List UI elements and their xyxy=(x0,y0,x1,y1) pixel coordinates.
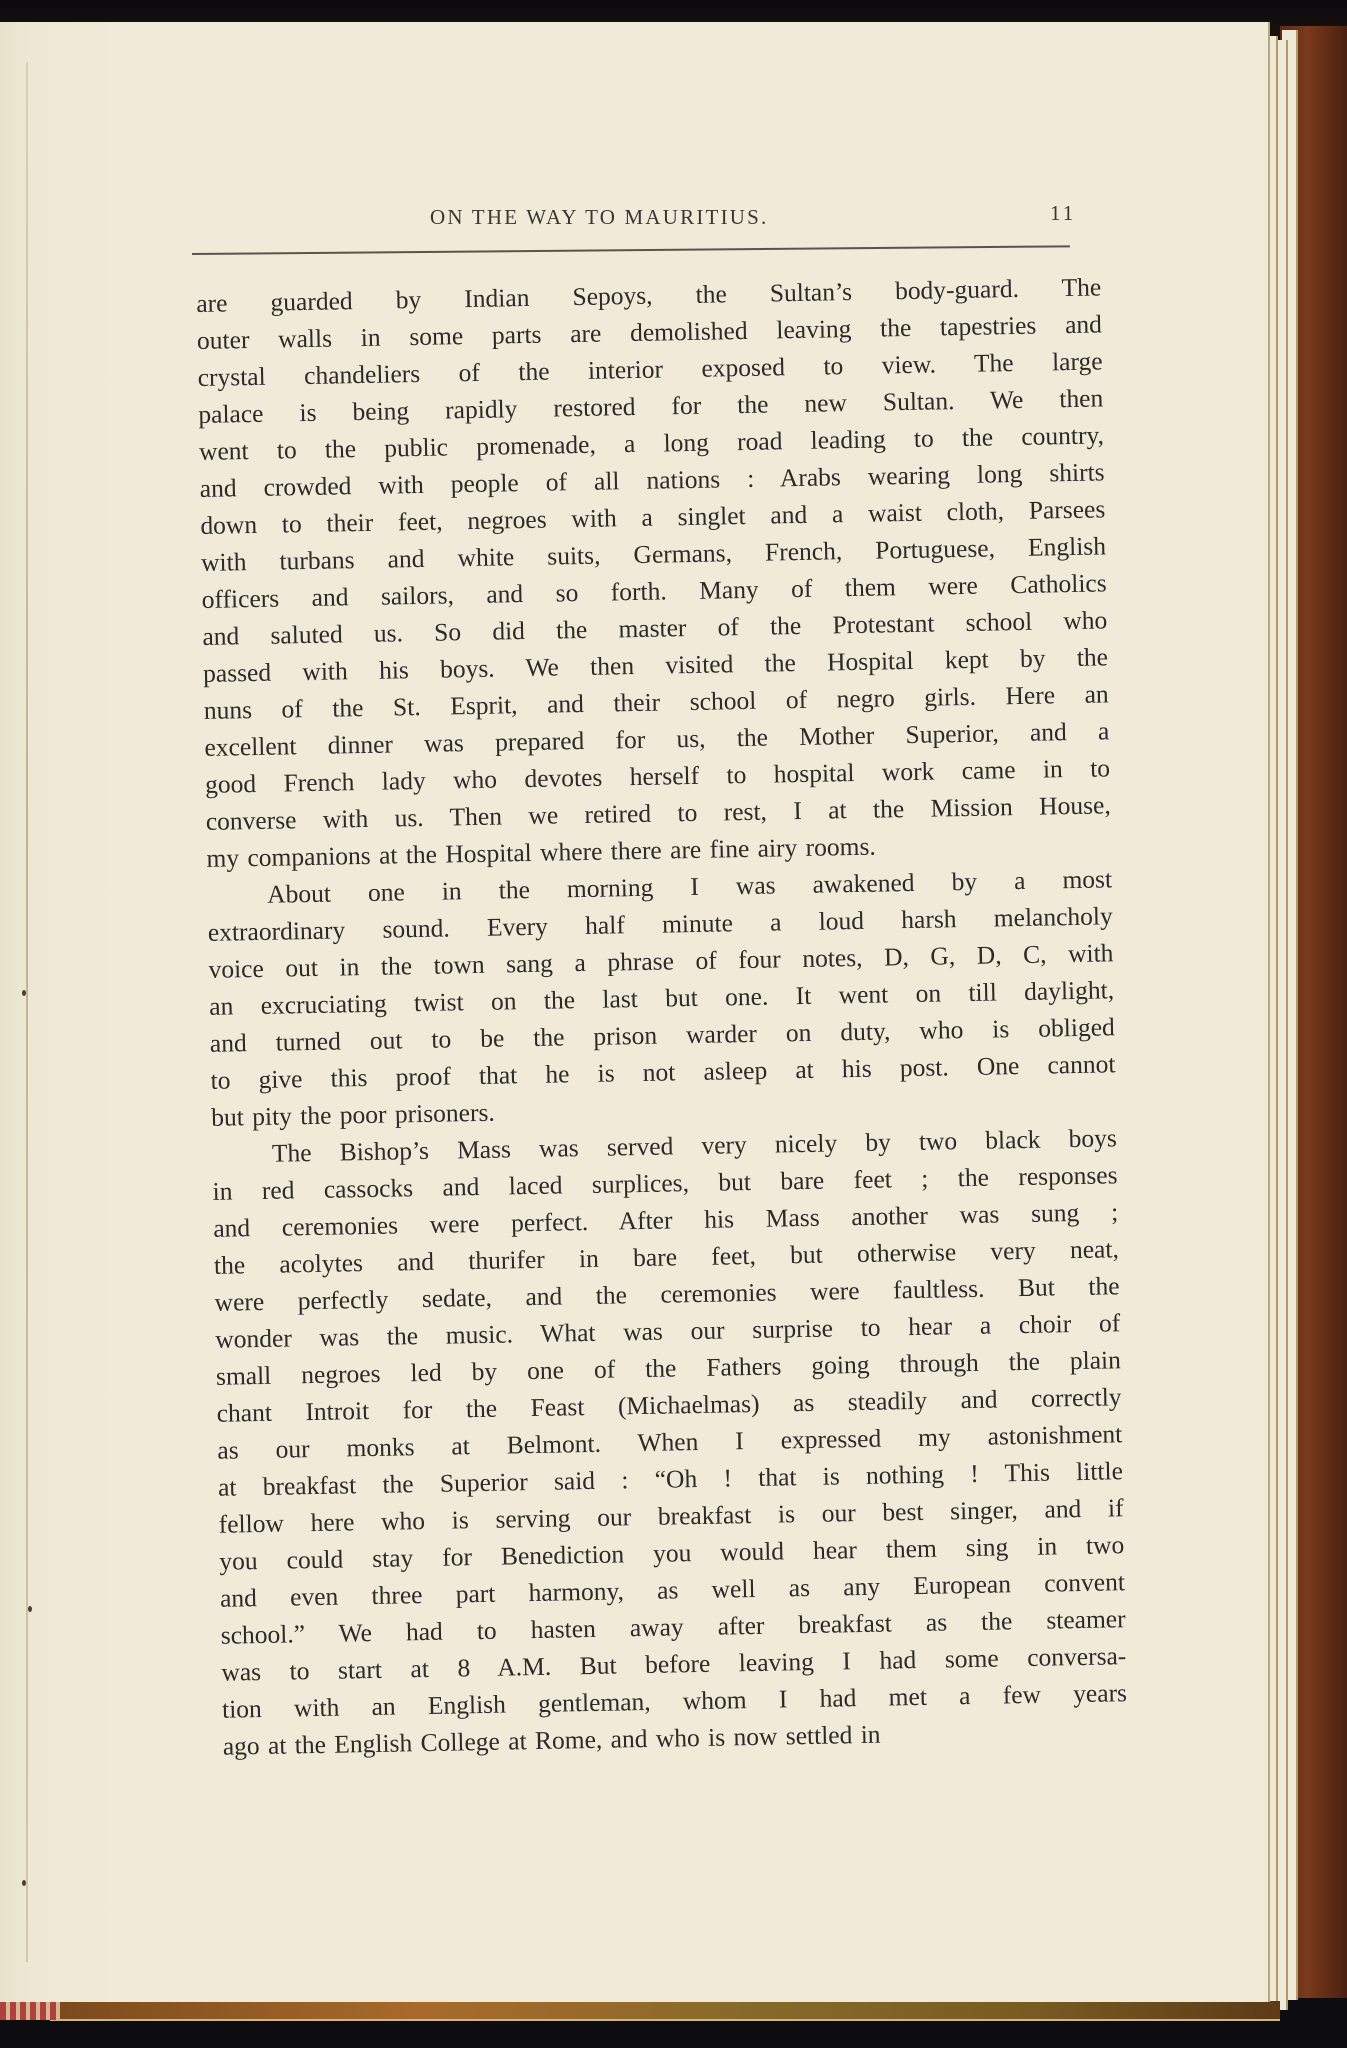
binding-mark xyxy=(22,1880,26,1886)
gilt-page-edge xyxy=(50,2001,1280,2021)
binding-mark xyxy=(22,990,26,996)
page-number: 11 xyxy=(1050,201,1076,226)
gutter-fold xyxy=(26,62,28,1962)
paragraph: are guarded by Indian Sepoys, the Sultan… xyxy=(196,268,1112,876)
headband xyxy=(0,2000,60,2020)
paragraph: The Bishop’s Mass was served very nicely… xyxy=(212,1119,1128,1764)
running-title: ON THE WAY TO MAURITIUS. xyxy=(430,205,768,230)
body-text: are guarded by Indian Sepoys, the Sultan… xyxy=(196,268,1128,1764)
paragraph: About one in the morning I was awakened … xyxy=(207,860,1117,1136)
binding-mark xyxy=(28,1606,32,1612)
running-header: ON THE WAY TO MAURITIUS. 11 xyxy=(420,205,1080,245)
